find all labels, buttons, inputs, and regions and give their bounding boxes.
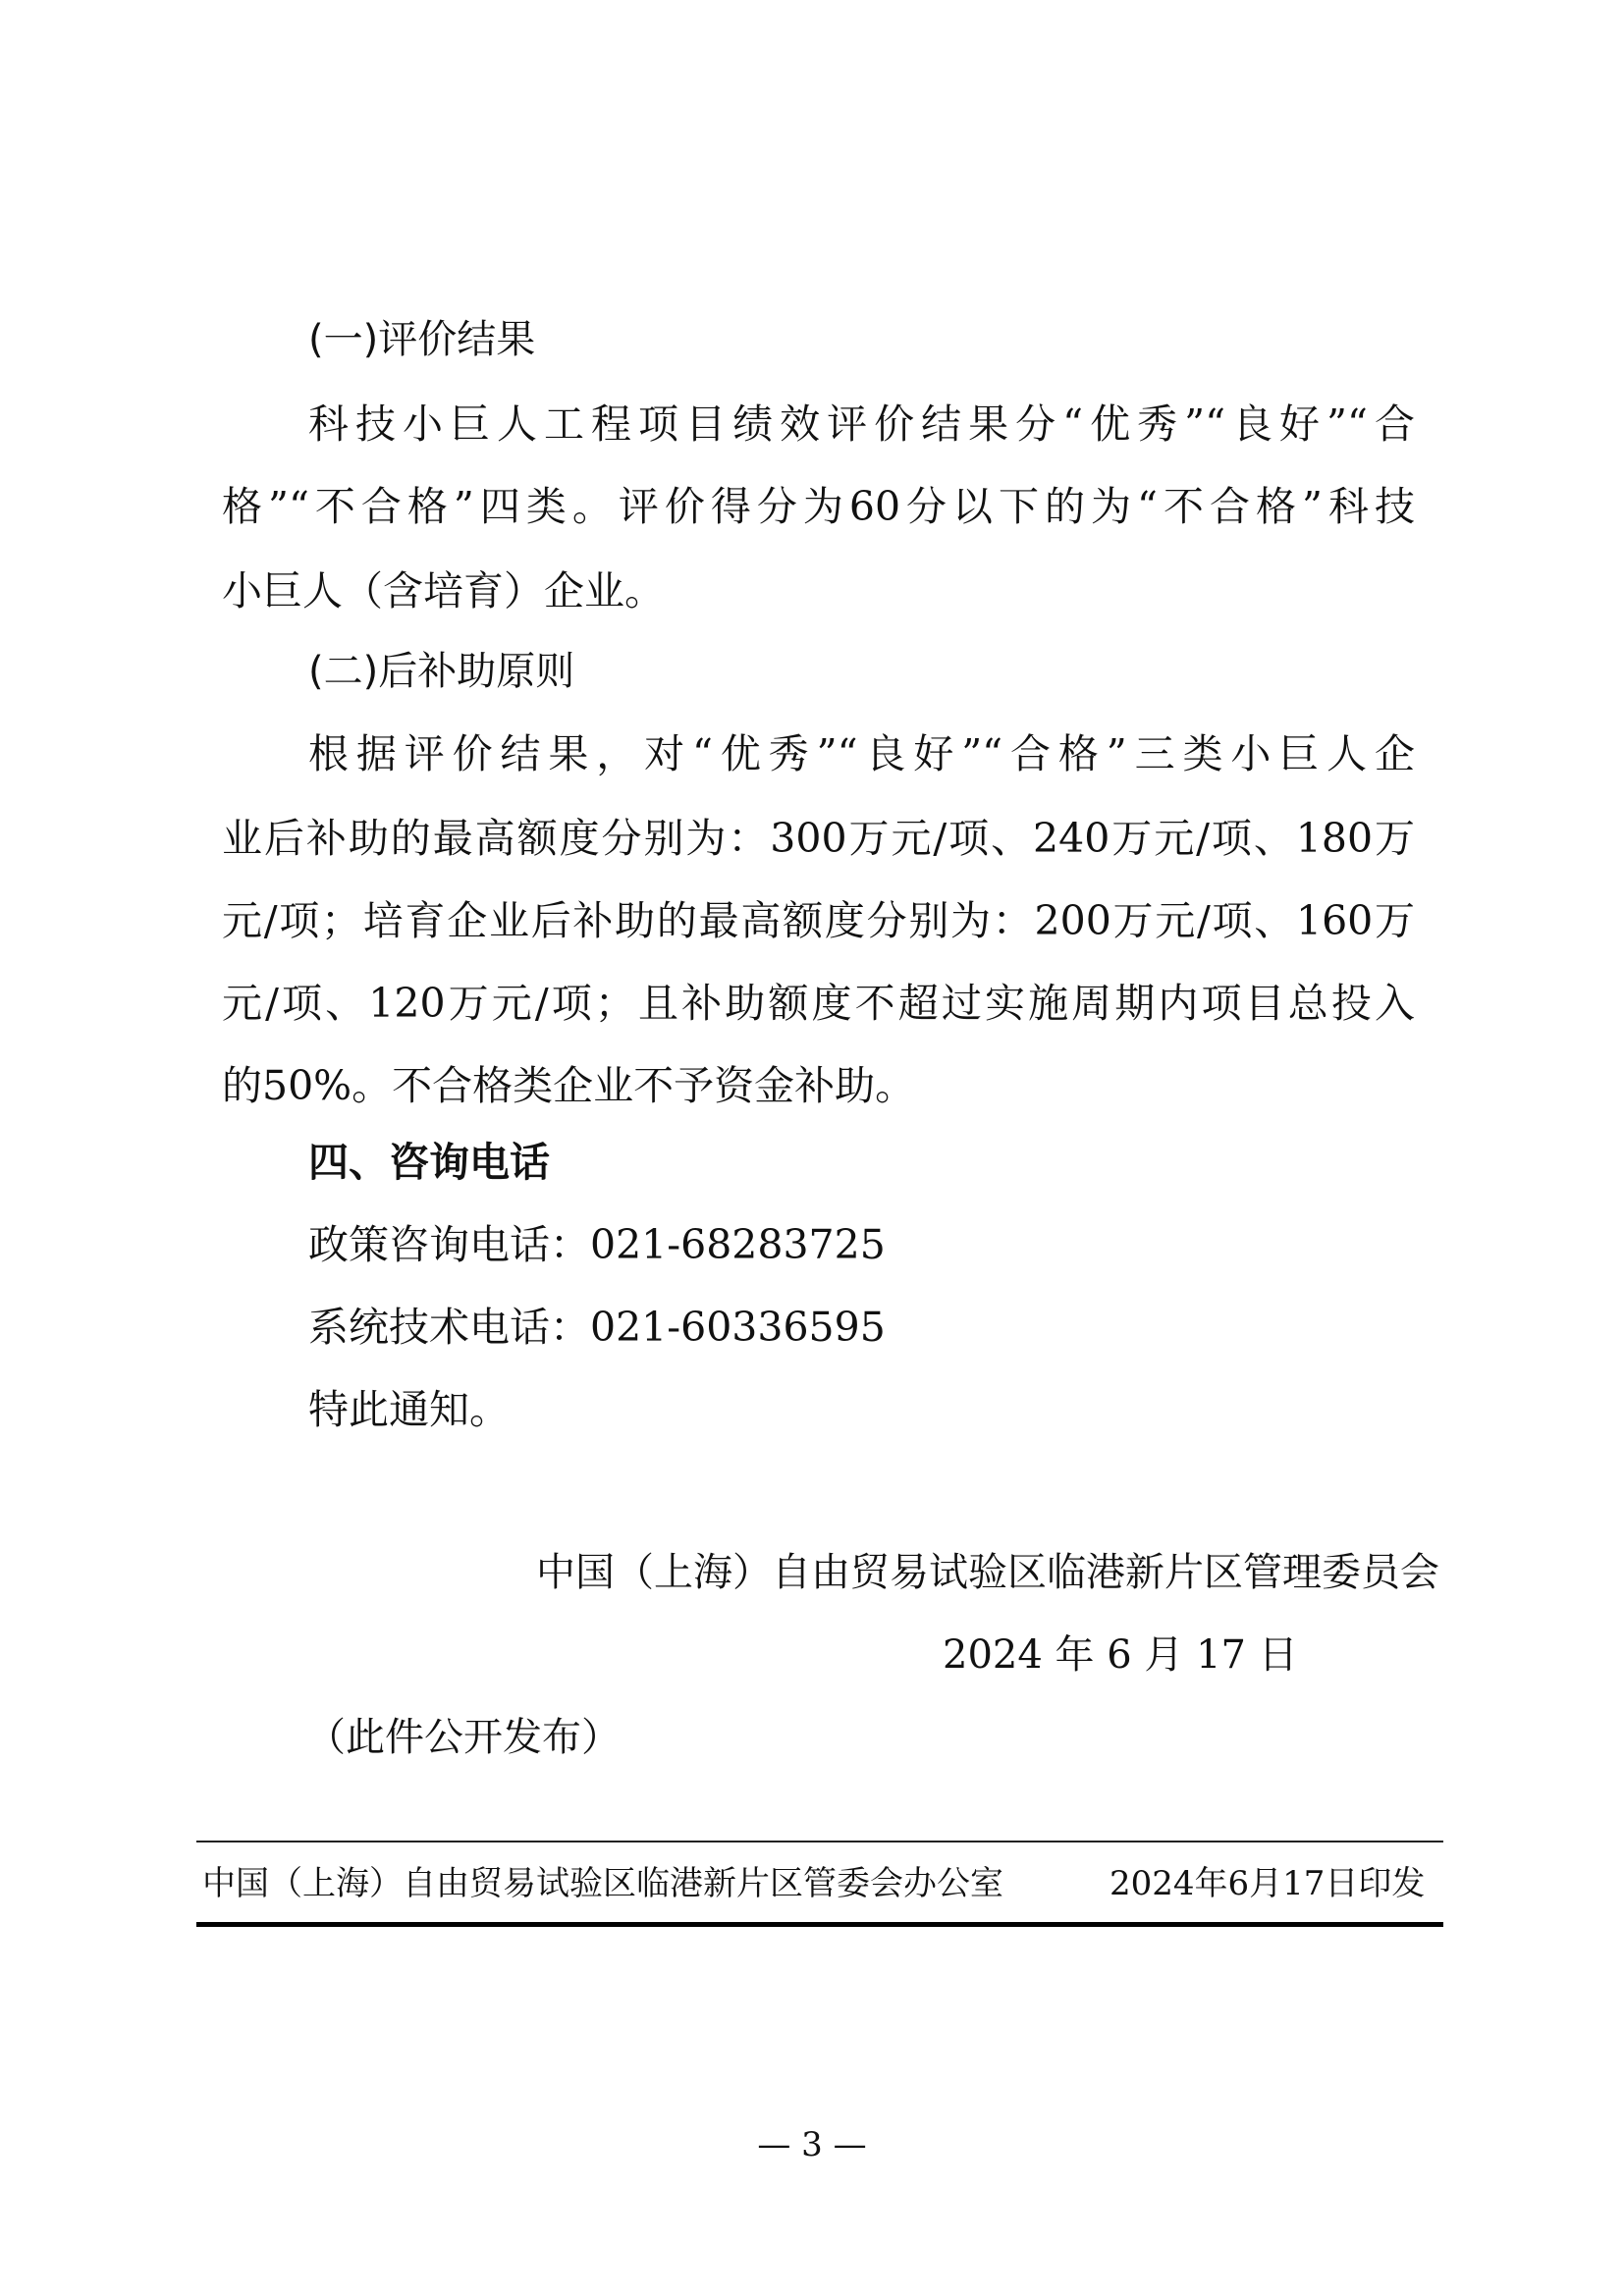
paragraph-line: 小巨人（含培育）企业。 bbox=[222, 571, 665, 612]
paragraph-line: 根据评价结果，对“优秀”“良好”“合格”三类小巨人企 bbox=[308, 734, 1415, 774]
page-number: — 3 — bbox=[0, 2125, 1624, 2164]
disclosure-note: （此件公开发布） bbox=[306, 1718, 621, 1757]
footer-divider-top bbox=[196, 1841, 1443, 1842]
section-heading-evaluation-results: (一)评价结果 bbox=[308, 320, 535, 359]
issue-date: 2024 年 6 月 17 日 bbox=[943, 1635, 1298, 1675]
paragraph-line: 业后补助的最高额度分别为：300万元/项、240万元/项、180万 bbox=[222, 819, 1415, 859]
closing-text: 特此通知。 bbox=[308, 1390, 510, 1430]
paragraph-line: 科技小巨人工程项目绩效评价结果分“优秀”“良好”“合 bbox=[308, 404, 1415, 445]
tech-phone: 系统技术电话：021-60336595 bbox=[308, 1308, 886, 1348]
paragraph-line: 元/项、120万元/项；且补助额度不超过实施周期内项目总投入 bbox=[222, 984, 1415, 1024]
section-heading-contact: 四、咨询电话 bbox=[308, 1143, 550, 1183]
paragraph-line: 格”“不合格”四类。评价得分为60分以下的为“不合格”科技 bbox=[222, 487, 1415, 527]
footer-divider-bottom bbox=[196, 1922, 1443, 1927]
issuer-signature: 中国（上海）自由贸易试验区临港新片区管理委员会 bbox=[536, 1553, 1439, 1592]
section-heading-subsidy-principles: (二)后补助原则 bbox=[308, 652, 574, 691]
footer-print-date: 2024年6月17日印发 bbox=[1110, 1867, 1425, 1900]
footer-office: 中国（上海）自由贸易试验区临港新片区管委会办公室 bbox=[202, 1867, 1003, 1900]
paragraph-line: 元/项；培育企业后补助的最高额度分别为：200万元/项、160万 bbox=[222, 901, 1415, 941]
paragraph-line: 的50%。不合格类企业不予资金补助。 bbox=[222, 1066, 915, 1106]
policy-phone: 政策咨询电话：021-68283725 bbox=[308, 1225, 886, 1265]
